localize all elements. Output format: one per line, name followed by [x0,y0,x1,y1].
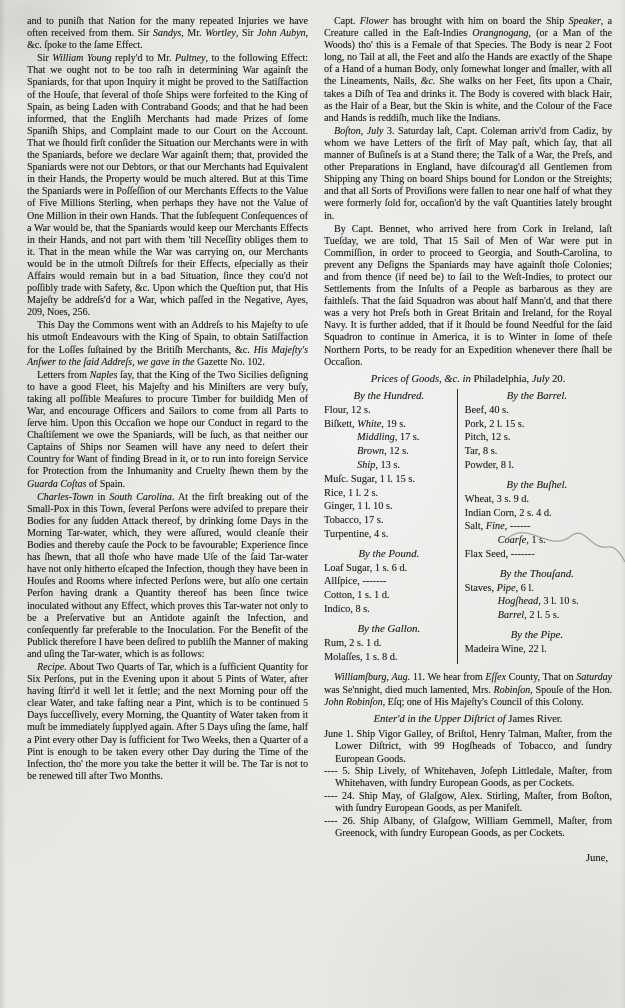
text-run: John Robinſon [324,697,383,708]
text-run: Biſkett, [324,419,357,430]
text-run: ſay, that the King of the Two Sicilies d… [27,370,308,478]
paragraph: and to puniſh that Nation for the many r… [27,16,308,52]
text-run: has brought with him on board the Ship [389,16,569,27]
price-row: Pork, 2 l. 15 s. [465,418,609,432]
price-row: Tobacco, 17 s. [324,514,454,528]
text-run: . At the firſt breaking out of the Small… [27,492,308,660]
price-row: Madeira Wine, 22 l. [465,643,609,657]
paragraph: Letters from Naples ſay, that the King o… [27,370,308,491]
text-run: Philadelphia, [473,374,531,385]
text-run: 20. [549,374,565,385]
price-row: Barrel, 2 l. 5 s. [465,609,609,623]
price-group-heading: By the Hundred. [324,389,454,403]
paragraph: Sir William Young reply'd to Mr. Pultney… [27,53,308,319]
price-row: Ship, 13 s. [324,459,454,473]
text-run: Wheat, 3 s. 9 d. [465,494,529,505]
paragraph: Capt. Flower has brought with him on boa… [324,16,612,125]
price-group-heading: By the Pipe. [465,628,609,642]
text-run: Flower [360,16,389,27]
price-row: Rice, 1 l. 2 s. [324,487,454,501]
text-run: Speaker [569,16,601,27]
text-run: Boſton, July [334,126,383,137]
price-row: Middling, 17 s. [324,431,454,445]
text-run: Williamſburg, Aug. [334,672,410,683]
text-run: Wortley [205,28,236,39]
text-run: Recipe. [37,662,67,673]
text-run: County, That on [506,672,576,683]
text-run: Tar, 8 s. [465,446,498,457]
text-run: Charles-Town [37,492,93,503]
text-run: Staves, [465,583,497,594]
text-run: , Sir [236,28,257,39]
catchword: June, [324,853,612,864]
text-run: , Eſq; one of His Majeſty's Council of t… [383,697,584,708]
text-run: Ship [357,460,375,471]
text-run: Middling [357,432,395,443]
price-row: Loaf Sugar, 1 s. 6 d. [324,562,454,576]
text-run: Rum, 2 s. 1 d. [324,638,382,649]
price-row: Allſpice, ------- [324,575,454,589]
text-run: Sandys [153,28,181,39]
ship-entry: ---- 26. Ship Albany, of Glaſgow, Willia… [324,816,612,841]
price-row: Staves, Pipe, 6 l. [465,582,609,596]
section-heading: Prices of Goods, &c. in Philadelphia, Ju… [324,373,612,386]
text-run: Guarda Coſtas [27,479,86,490]
price-group-heading: By the Gallon. [324,622,454,636]
left-column: and to puniſh that Nation for the many r… [27,16,308,864]
text-run: , to the following Effect: That we ought… [27,53,308,318]
text-run: in [93,492,109,503]
text-run: Barrel [498,610,525,621]
text-run: 3. Saturday laſt, Capt. Coleman arriv'd … [324,126,612,222]
price-group-heading: By the Pound. [324,547,454,561]
text-run: Cotton, 1 s. 1 d. [324,590,390,601]
price-row: Hogſhead, 3 l. 10 s. [465,595,609,609]
text-run: , 17 s. [395,432,420,443]
text-run: , 2 l. 5 s. [524,610,559,621]
price-row: Tar, 8 s. [465,445,609,459]
price-group: By the Hundred.Flour, 12 s.Biſkett, Whit… [324,389,454,542]
text-run: Brown [357,446,384,457]
text-run: Fine [486,521,505,532]
text-run: July [532,374,550,385]
price-row: Indian Corn, 2 s. 4 d. [465,507,609,521]
text-run: , Mr. [181,28,205,39]
price-group-heading: By the Barrel. [465,389,609,403]
text-run: William Young [52,53,111,64]
text-run: Rice, 1 l. 2 s. [324,488,378,499]
section-heading: Enter'd in the Upper Diſtrict of James R… [324,713,612,726]
paragraph: This Day the Commons went with an Addreſ… [27,320,308,368]
text-run: Enter'd in the Upper Diſtrict of [374,714,509,725]
text-run: June, [586,853,608,864]
paragraph: Recipe. About Two Quarts of Tar, which i… [27,662,308,783]
right-column: Capt. Flower has brought with him on boa… [324,16,612,864]
price-group-heading: By the Buſhel. [465,478,609,492]
price-row: Molaſſes, 1 s. 8 d. [324,651,454,665]
text-run: ---- 5. Ship Lively, of Whitehaven, Joſe… [324,766,612,789]
text-run: Allſpice, ------- [324,576,386,587]
paragraph: By Capt. Bennet, who arrived here from C… [324,224,612,369]
price-row: Pitch, 12 s. [465,431,609,445]
price-row: Indico, 8 s. [324,603,454,617]
text-run: , Spouſe of the Hon. [530,685,612,696]
text-run: Pultney [175,53,206,64]
text-run: ---- 24. Ship May, of Glaſgow, Alex. Sti… [324,791,612,814]
text-run: , 19 s. [381,419,406,430]
text-run: Naples [90,370,118,381]
text-run: of Spain. [86,479,125,490]
price-row: Brown, 12 s. [324,445,454,459]
text-run: Flour, 12 s. [324,405,371,416]
text-run: Indico, 8 s. [324,604,370,615]
text-run: Loaf Sugar, 1 s. 6 d. [324,563,407,574]
text-run: Letters from [37,370,90,381]
text-run: reply'd to Mr. [112,53,175,64]
text-run: &c. [421,76,436,87]
text-run: Madeira Wine, 22 l. [465,644,547,655]
text-run: Orangnogang [472,28,528,39]
text-run: Tobacco, 17 s. [324,515,383,526]
text-run: Saturday [576,672,612,683]
paragraph: Boſton, July 3. Saturday laſt, Capt. Col… [324,126,612,223]
text-run: Eſſex [485,672,506,683]
text-run: was Se'nnight, died much lamented, Mrs. [324,685,494,696]
text-run: White [357,419,381,430]
text-run: , 12 s. [384,446,409,457]
price-row: Wheat, 3 s. 9 d. [465,493,609,507]
text-run: Gazette No. 102. [197,357,265,368]
price-group: By the Pound.Loaf Sugar, 1 s. 6 d.Allſpi… [324,547,454,617]
text-run: Indian Corn, 2 s. 4 d. [465,508,552,519]
text-run: Pipe [497,583,516,594]
text-run: June 1. Ship Vigor Galley, of Briſtol, H… [324,729,612,765]
paragraph: Williamſburg, Aug. 11. We hear from Eſſe… [324,672,612,708]
text-run: South Carolina [109,492,172,503]
price-group: By the Pipe.Madeira Wine, 22 l. [465,628,609,657]
text-run: James River. [508,714,562,725]
text-run: Pitch, 12 s. [465,432,511,443]
text-run: Powder, 8 l. [465,460,514,471]
text-run: Turpentine, 4 s. [324,529,388,540]
stray-ink-mark [503,520,625,572]
ship-entry: ---- 5. Ship Lively, of Whitehaven, Joſe… [324,766,612,791]
text-run: ---- 26. Ship Albany, of Glaſgow, Willia… [324,816,612,839]
price-group: By the Barrel.Beef, 40 s.Pork, 2 l. 15 s… [465,389,609,473]
price-row: Flour, 12 s. [324,404,454,418]
text-run: Salt, [465,521,486,532]
text-run: Capt. [334,16,360,27]
text-run: Pork, 2 l. 15 s. [465,419,525,430]
text-run: , 3 l. 10 s. [538,596,578,607]
text-run: , 13 s. [375,460,400,471]
price-row: Cotton, 1 s. 1 d. [324,589,454,603]
ship-entry: ---- 24. Ship May, of Glaſgow, Alex. Sti… [324,791,612,816]
price-row: Muſc. Sugar, 1 l. 15 s. [324,473,454,487]
text-run: Molaſſes, 1 s. 8 d. [324,652,398,663]
text-run: About Two Quarts of Tar, which is a ſuff… [27,662,308,782]
price-row: Beef, 40 s. [465,404,609,418]
newspaper-page: and to puniſh that Nation for the many r… [0,0,625,1008]
text-run: Muſc. Sugar, 1 l. 15 s. [324,474,415,485]
text-run: Beef, 40 s. [465,405,509,416]
price-column-left: By the Hundred.Flour, 12 s.Biſkett, Whit… [324,389,457,665]
paragraph: Charles-Town in South Carolina. At the f… [27,492,308,661]
price-group: By the Thouſand.Staves, Pipe, 6 l.Hogſhe… [465,567,609,623]
text-run: Sir [37,53,52,64]
text-columns: and to puniſh that Nation for the many r… [27,16,612,864]
ship-entry: June 1. Ship Vigor Galley, of Briſtol, H… [324,729,612,766]
price-row: Rum, 2 s. 1 d. [324,637,454,651]
text-run: Ginger, 1 l. 10 s. [324,501,393,512]
price-row: Biſkett, White, 19 s. [324,418,454,432]
price-row: Turpentine, 4 s. [324,528,454,542]
text-run: , 6 l. [516,583,534,594]
text-run: Hogſhead [498,596,539,607]
price-row: Powder, 8 l. [465,459,609,473]
text-run: 11. We hear from [410,672,485,683]
price-row: Ginger, 1 l. 10 s. [324,500,454,514]
text-run: By Capt. Bennet, who arrived here from C… [324,224,612,368]
text-run: Robinſon [494,685,531,696]
price-group: By the Gallon.Rum, 2 s. 1 d.Molaſſes, 1 … [324,622,454,665]
text-run: Prices of Goods, &c. in [371,374,474,385]
text-run: John Aubyn [257,28,305,39]
